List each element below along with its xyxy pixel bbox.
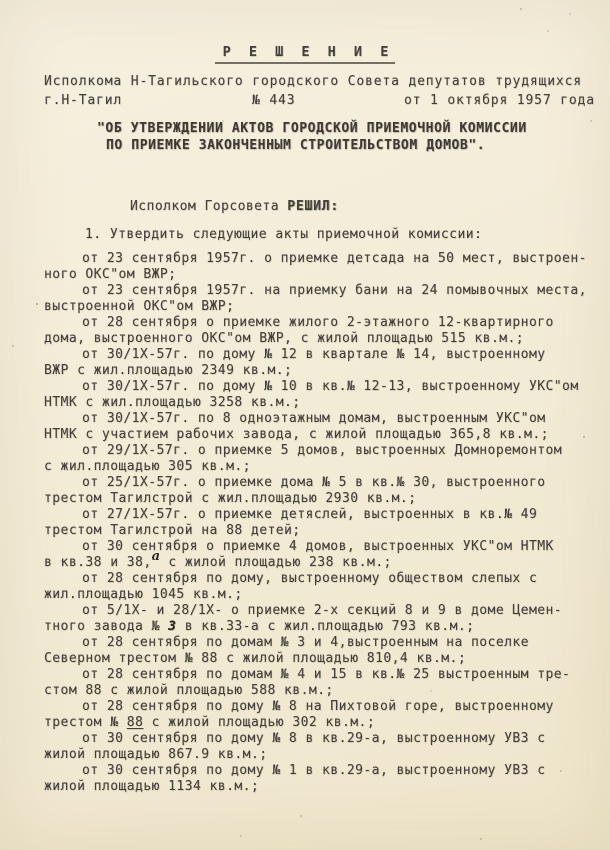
entry-line-1: от 28 сентября о приемке жилого 2-этажно… [44,315,602,331]
entry-text: в кв.33-а с жил.площадью 793 кв.м.; [176,619,474,634]
entry-line-1: от 28 сентября по дому, выстроенному общ… [44,571,602,587]
entry-line-1: от 30 сентября по дому № 8 в кв.29-а, вы… [44,731,602,747]
subject-line-1: "ОБ УТВЕРЖДЕНИИ АКТОВ ГОРОДСКОЙ ПРИЕМОЧН… [97,120,527,137]
entry-line-2: дома, выстроенного ОКС"ом ВЖР, с жилой п… [44,331,602,347]
entry-line-2: ВЖР с жил.площадью 2349 кв.м.; [44,363,602,379]
entry-line-2: с жил.площадью 305 кв.м.; [44,459,602,475]
act-entry-3: от 28 сентября о приемке жилого 2-этажно… [44,315,602,346]
entry-line-1: от 28 сентября по домам № 4 и 15 в кв.№ … [44,667,602,683]
act-entry-14: от 28 сентября по домам № 4 и 15 в кв.№ … [44,667,602,698]
entry-line-1: от 29/1Х-57г. о приемке 5 домов, выстрое… [44,443,602,459]
entry-line-2: стом 88 с жилой площадью 588 кв.м.; [44,683,602,699]
list-intro: 1. Утвердить следующие акты приемочной к… [85,227,482,243]
act-entry-9: от 27/1Х-57г. о приемке детяслей, выстро… [44,507,602,538]
entry-line-2: трестом Тагилстрой с жил.площадью 2930 к… [44,491,602,507]
document-page: Р Е Ш Е Н И Е Исполкома Н-Тагильского го… [0,0,610,850]
resolution-lead-text: Исполком Горсовета [130,199,287,214]
entry-line-1: от 28 сентября по дому № 8 на Пихтовой г… [44,699,602,715]
underlined-number: 88 [127,715,144,730]
entry-line-1: от 30/1Х-57г. по дому № 12 в квартале № … [44,347,602,363]
entry-text: в кв.38 и 38, [44,555,152,570]
entry-line-1: от 27/1Х-57г. о приемке детяслей, выстро… [44,507,602,523]
entry-line-1: от 30/1Х-57г. по 8 одноэтажным домам, вы… [44,411,602,427]
entry-line-2: ного ОКС"ом ВЖР; [44,267,602,283]
act-entry-2: от 23 сентября 1957г. на приемку бани на… [44,283,602,314]
act-entry-12: от 5/1Х- и 28/1Х- о приемке 2-х секций 8… [44,603,602,634]
act-entry-16: от 30 сентября по дому № 8 в кв.29-а, вы… [44,731,602,762]
act-entry-17: от 30 сентября по дому № 1 в кв.29-а, вы… [44,763,602,794]
entry-line-2: трестом № 88 с жилой площадью 302 кв.м.; [44,715,602,731]
title-row: Р Е Ш Е Н И Е [0,45,610,64]
entry-line-2: выстроенной ОКС"ом ВЖР; [44,299,602,315]
entry-line-1: от 30 сентября по дому № 1 в кв.29-а, вы… [44,763,602,779]
entry-line-1: от 5/1Х- и 28/1Х- о приемке 2-х секций 8… [44,603,602,619]
entry-line-1: от 23 сентября 1957г. о приемке детсада … [44,251,602,267]
entry-line-2: тного завода № 3 в кв.33-а с жил.площадь… [44,619,602,635]
entry-line-1: от 25/1Х-57г. о приемке дома № 5 в кв.№ … [44,475,602,491]
act-entry-11: от 28 сентября по дому, выстроенному общ… [44,571,602,602]
entry-text: тного завода № [44,619,168,634]
act-entry-15: от 28 сентября по дому № 8 на Пихтовой г… [44,699,602,730]
issuing-body-line: Исполкома Н-Тагильского городского Совет… [44,74,582,90]
entry-line-2: в кв.38 и 38,а с жилой площадью 238 кв.м… [44,555,602,571]
subject-line-2: ПО ПРИЕМКЕ ЗАКОНЧЕННЫМ СТРОИТЕЛЬСТВОМ ДО… [97,137,527,154]
act-entry-5: от 30/1Х-57г. по дому № 10 в кв.№ 12-13,… [44,379,602,410]
entries-list: от 23 сентября 1957г. о приемке детсада … [44,251,602,795]
entry-line-2: НТМК с участием рабочих завода, с жилой … [44,427,602,443]
entry-line-2: НТМК с жил.площадью 3258 кв.м.; [44,395,602,411]
entry-text: с жилой площадью 302 кв.м.; [143,715,375,730]
act-entry-4: от 30/1Х-57г. по дому № 12 в квартале № … [44,347,602,378]
act-entry-8: от 25/1Х-57г. о приемке дома № 5 в кв.№ … [44,475,602,506]
scan-noise [0,0,2,2]
entry-text: трестом № [44,715,127,730]
act-entry-7: от 29/1Х-57г. о приемке 5 домов, выстрое… [44,443,602,474]
entry-text: с жилой площадью 238 кв.м.; [160,555,392,570]
act-entry-1: от 23 сентября 1957г. о приемке детсада … [44,251,602,282]
entry-line-2: жилой площадью 1134 кв.м.; [44,779,602,795]
act-entry-13: от 28 сентября по домам № 3 и 4,выстроен… [44,635,602,666]
act-entry-10: от 30 сентября о приемке 4 домов, выстро… [44,539,602,570]
act-entry-6: от 30/1Х-57г. по 8 одноэтажным домам, вы… [44,411,602,442]
entry-line-1: от 30 сентября о приемке 4 домов, выстро… [44,539,602,555]
document-title: Р Е Ш Е Н И Е [215,45,396,64]
city-label: г.Н-Тагил [44,93,122,109]
entry-line-2: Северном трестом № 88 с жилой площадью 8… [44,651,602,667]
document-date: от 1 октября 1957 года [404,93,595,109]
meta-row: г.Н-Тагил № 443 от 1 октября 1957 года [0,93,610,109]
handwritten-superscript: а [152,549,160,564]
entry-line-1: от 28 сентября по домам № 3 и 4,выстроен… [44,635,602,651]
entry-line-2: трестом Тагилстрой на 88 детей; [44,523,602,539]
entry-line-1: от 23 сентября 1957г. на приемку бани на… [44,283,602,299]
entry-line-2: жил.площадью 1045 кв.м.; [44,587,602,603]
entry-line-2: жилой площадью 867.9 кв.м.; [44,747,602,763]
entry-line-1: от 30/1Х-57г. по дому № 10 в кв.№ 12-13,… [44,379,602,395]
document-number: № 443 [252,93,295,109]
resolution-lead: Исполком Горсовета РЕШИЛ: [130,199,339,215]
resolved-word: РЕШИЛ: [287,199,339,214]
subject-block: "ОБ УТВЕРЖДЕНИИ АКТОВ ГОРОДСКОЙ ПРИЕМОЧН… [97,120,527,154]
